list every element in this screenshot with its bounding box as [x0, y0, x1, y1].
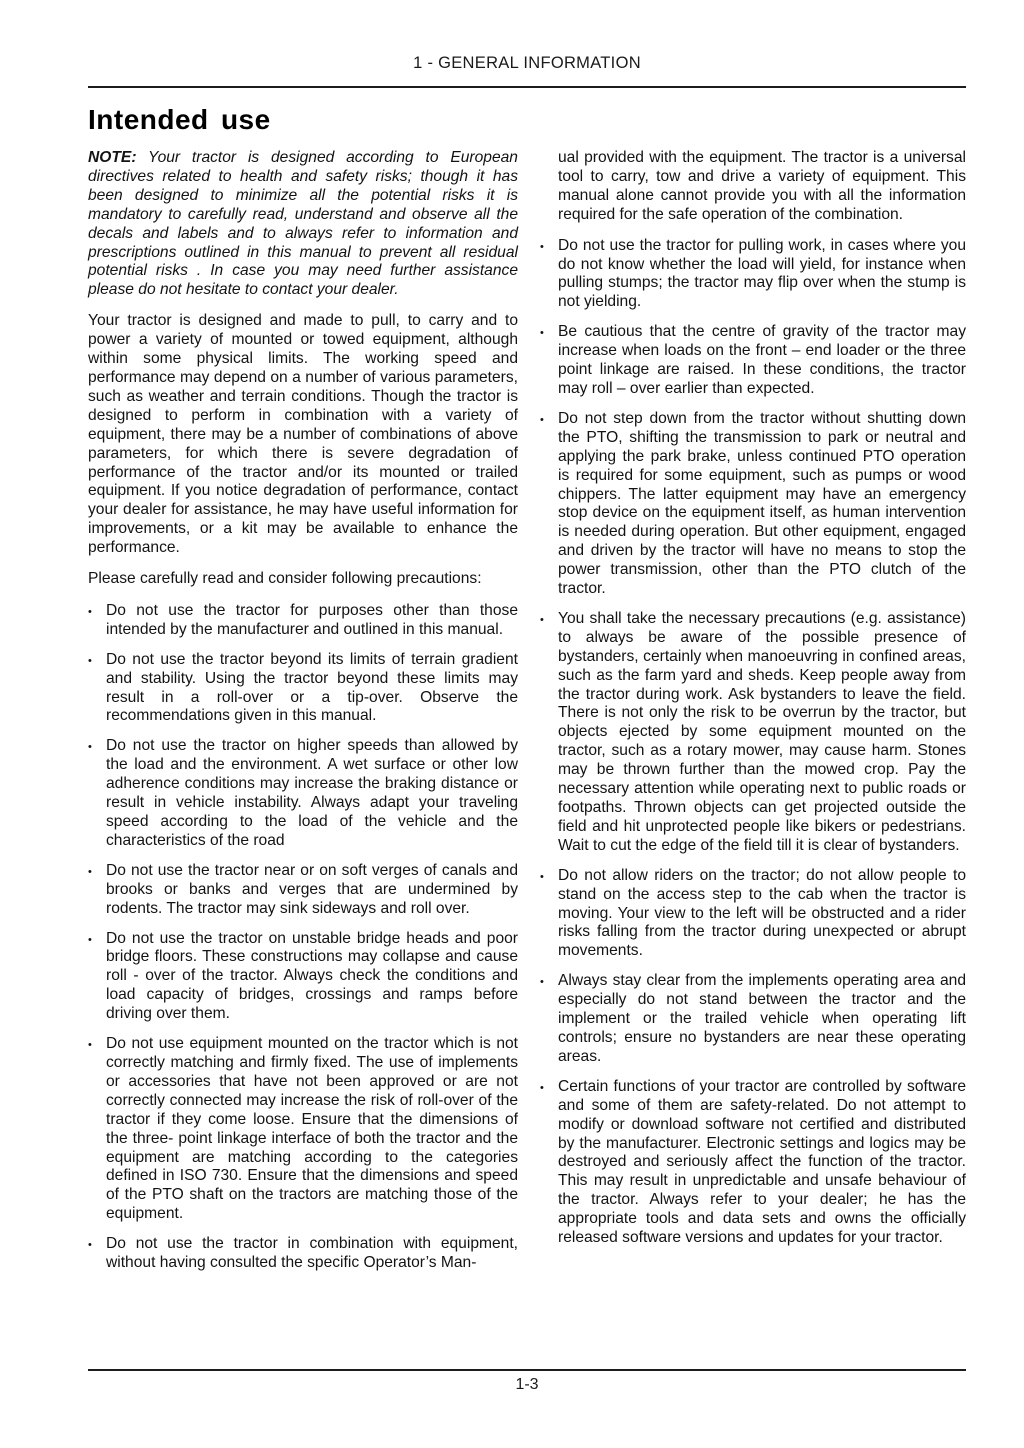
bullet-icon: • — [88, 602, 106, 640]
list-item: • Always stay clear from the implements … — [540, 972, 966, 1067]
list-item-text: Do not step down from the tractor withou… — [558, 410, 966, 599]
list-item-text: Do not allow riders on the tractor; do n… — [558, 867, 966, 962]
note-paragraph: NOTE: Your tractor is designed according… — [88, 149, 518, 300]
bullet-icon: • — [88, 862, 106, 919]
bullet-icon: • — [540, 237, 558, 313]
page-number: 1-3 — [88, 1376, 966, 1394]
list-item-text: You shall take the necessary precautions… — [558, 610, 966, 856]
list-item-text: Do not use the tractor on higher speeds … — [106, 737, 518, 850]
list-item-text: Always stay clear from the implements op… — [558, 972, 966, 1067]
list-item: • Do not allow riders on the tractor; do… — [540, 867, 966, 962]
list-item: • Do not use the tractor on unstable bri… — [88, 930, 518, 1025]
list-item-text: Do not use the tractor in combination wi… — [106, 1235, 518, 1273]
list-item-text: Do not use the tractor for pulling work,… — [558, 237, 966, 313]
two-column-body: NOTE: Your tractor is designed according… — [88, 149, 966, 1273]
bullet-icon: • — [88, 1235, 106, 1273]
page-footer: 1-3 — [88, 1369, 966, 1394]
list-item: • Do not use the tractor near or on soft… — [88, 862, 518, 919]
bullet-icon: • — [540, 610, 558, 856]
list-item: • Be cautious that the centre of gravity… — [540, 323, 966, 399]
list-item: • Do not use the tractor in combination … — [88, 1235, 518, 1273]
bullet-icon: • — [540, 410, 558, 599]
footer-divider — [88, 1369, 966, 1371]
list-item-text: Do not use the tractor beyond its limits… — [106, 651, 518, 727]
running-header: 1 - GENERAL INFORMATION — [88, 0, 966, 73]
list-item: • Do not use the tractor beyond its limi… — [88, 651, 518, 727]
header-divider — [88, 86, 966, 88]
list-item: • Do not use the tractor on higher speed… — [88, 737, 518, 850]
list-item-text: Certain functions of your tractor are co… — [558, 1078, 966, 1248]
list-item: • Do not step down from the tractor with… — [540, 410, 966, 599]
continuation-paragraph: ual provided with the equipment. The tra… — [540, 149, 966, 225]
list-item-text: Be cautious that the centre of gravity o… — [558, 323, 966, 399]
bullet-icon: • — [88, 651, 106, 727]
left-column: NOTE: Your tractor is designed according… — [88, 149, 518, 1273]
note-text: Your tractor is designed according to Eu… — [88, 149, 518, 298]
list-item: • Do not use equipment mounted on the tr… — [88, 1035, 518, 1224]
manual-page: 1 - GENERAL INFORMATION Intended use NOT… — [0, 0, 1024, 1448]
list-item-text: Do not use the tractor on unstable bridg… — [106, 930, 518, 1025]
list-item-text: Do not use the tractor near or on soft v… — [106, 862, 518, 919]
list-item: • Do not use the tractor for purposes ot… — [88, 602, 518, 640]
list-item: • You shall take the necessary precautio… — [540, 610, 966, 856]
bullet-icon: • — [88, 930, 106, 1025]
bullet-icon: • — [540, 323, 558, 399]
list-item: • Do not use the tractor for pulling wor… — [540, 237, 966, 313]
bullet-icon: • — [540, 867, 558, 962]
bullet-icon: • — [88, 737, 106, 850]
bullet-icon: • — [540, 972, 558, 1067]
list-item: • Certain functions of your tractor are … — [540, 1078, 966, 1248]
page-title: Intended use — [88, 104, 966, 136]
note-label: NOTE: — [88, 149, 137, 166]
list-item-text: Do not use equipment mounted on the trac… — [106, 1035, 518, 1224]
list-item-text: Do not use the tractor for purposes othe… — [106, 602, 518, 640]
precautions-lead-in: Please carefully read and consider follo… — [88, 570, 518, 589]
intro-paragraph: Your tractor is designed and made to pul… — [88, 312, 518, 558]
bullet-icon: • — [540, 1078, 558, 1248]
right-column: ual provided with the equipment. The tra… — [540, 149, 966, 1273]
bullet-icon: • — [88, 1035, 106, 1224]
